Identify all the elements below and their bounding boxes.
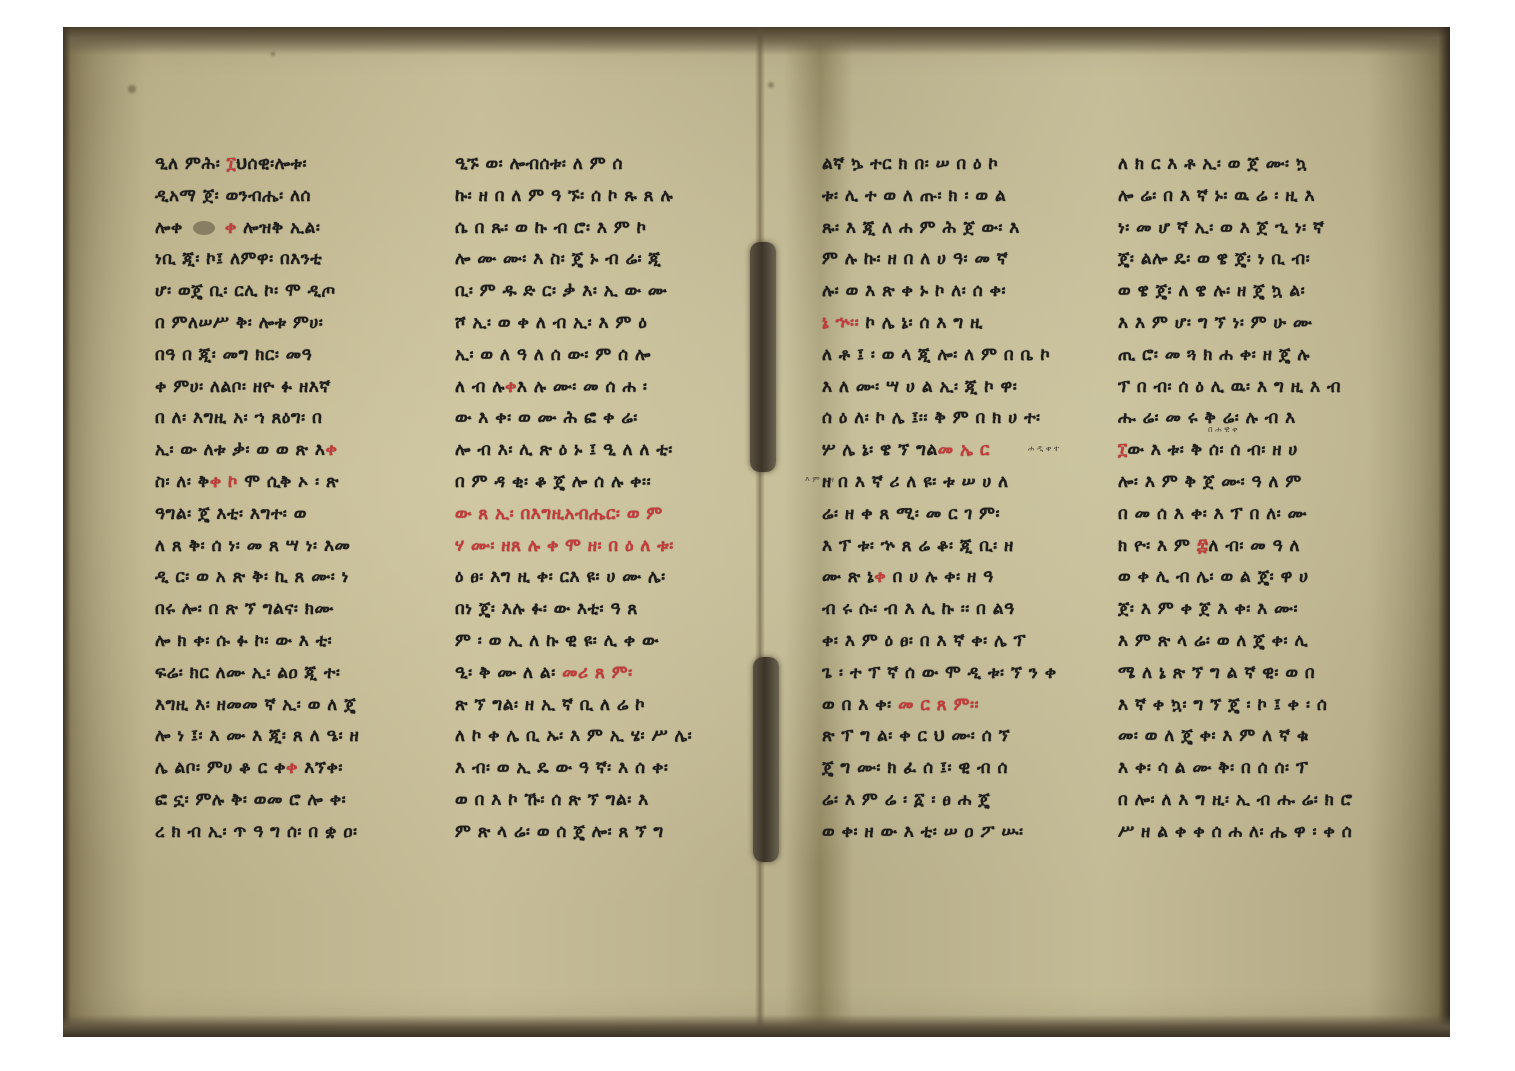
manuscript-line: ሴ በ ጹ፡ ወ ኩ ብ ሮ፡ እ ም ኮ [455,213,710,245]
line-text: እ ኛ ቀ ኳ፡ ግ ኘ ጄ ፡ ኮ ፤ ቀ ፡ ሰ [1118,695,1327,715]
line-text: ጹ፡ እ ጂ ለ ሐ ም ሕ ጀ ው፡ እ [822,218,1020,238]
manuscript-line: ፕ በ ብ፡ ሰ ዕ ሊ ዉ፡ እ ግ ዚ እ ብ [1118,372,1373,404]
line-text: እ ቀ፡ ሳ ል ሙ ቅ፡ በ ሰ ሰ፡ ፕ [1118,758,1308,778]
manuscript-line: ሾ ኢ፡ ወ ቀ ለ ብ ኢ፡ እ ም ዕ [455,308,710,340]
line-text: በ ም ዳ ቂ፡ ቆ ጄ ሎ ሰ ሉ ቀ፡፡ [455,472,651,492]
manuscript-line: ነ፡ መ ሆ ኛ ኢ፡ ወ እ ጀ ኂ ነ፡ ኛ [1118,213,1373,245]
manuscript-line: ጽ ኘ ግል፡ ዘ ኢ ኛ ቢ ለ ሬ ኮ [455,690,710,722]
line-text: ሎ ሬ፡ በ እ ኛ ኑ፡ ዉ ሬ ፡ ዚ እ [1118,186,1315,206]
manuscript-line: ነቢ ጂ፡ ኮ፤ ለምዋ፡ በእንቲ [155,244,410,276]
margin-note-left: እ ም ሰ ዘ [805,475,834,485]
manuscript-line: ረ ክ ብ ኢ፡ ጥ ዓ ግ ሰ፡ በ ቋ ዐ፡ [155,817,410,849]
manuscript-line: በሩ ሎ፡ በ ጽ ኘ ግልና፡ ክሙ [155,594,410,626]
line-text: ወ በ እ ቀ፡ [822,695,898,715]
line-text: ቀ፡ እ ም ዕ ፀ፡ በ እ ኛ ቀ፡ ሌ ፕ [822,631,1026,651]
manuscript-line: ጀ፡ እ ም ቀ ጀ እ ቀ፡ እ ሙ፡ [1118,594,1373,626]
manuscript-line: ፍሬ፡ ክር ለሙ ኢ፡ ልዐ ጂ ተ፡ [155,658,410,690]
line-text: ልኛ ኴ ተር ክ በ፡ ሠ በ ዕ ኮ [822,154,998,174]
line-text: ሥ ዘ ል ቀ ቀ ሰ ሐ ለ፡ ሔ ዋ ፡ ቀ ሰ [1118,822,1352,842]
margin-note-right: ሐ ዲ ቀ ተ [1028,444,1059,454]
line-text: ሑ ሬ፡ መ ሩ ቅ ሬ፡ ሉ ብ እ [1118,408,1296,428]
manuscript-line: ሎቀቀ ሎዝቅ ኢል፡ [155,213,410,245]
text-column-2: ዒኙ ወ፡ ሎብሰቱ፡ ለ ም ሰኩ፡ ዘ በ ለ ም ዓ ኙ፡ ሰ ኮ ጹ ጸ… [455,149,710,849]
manuscript-line: ፎ ኗ፡ ምሉ ቅ፡ ወመ ሮ ሎ ቀ፡ [155,785,410,817]
manuscript-line: ልኛ ኴ ተር ክ በ፡ ሠ በ ዕ ኮ [822,149,1077,181]
manuscript-line: ሜ ለ ኔ ጽ ኘ ግ ል ኛ ዊ፡ ወ በ [1118,658,1373,690]
manuscript-line: በ መ ሰ እ ቀ፡ እ ፕ በ ለ፡ ሙ [1118,499,1373,531]
manuscript-line: ሥ ዘ ል ቀ ቀ ሰ ሐ ለ፡ ሔ ዋ ፡ ቀ ሰ [1118,817,1373,849]
interlinear-note: በ ሐ ዊ ቀ [1208,425,1238,435]
manuscript-line: ቱ፡ ሊ ተ ወ ለ ጡ፡ ክ ፡ ወ ል [822,181,1077,213]
line-text: ፕ በ ብ፡ ሰ ዕ ሊ ዉ፡ እ ግ ዚ እ ብ [1118,377,1341,397]
line-text: ሰ ዕ ለ፡ ኮ ሌ ፤፡፡ ቅ ም በ ክ ሀ ተ፡ [822,408,1041,428]
rubric-text: ቀ ኮ [210,472,238,492]
manuscript-line: ወ ቀ ሊ ብ ሌ፡ ወ ል ጄ፡ ዋ ሀ [1118,562,1373,594]
line-text: ሎቀ [155,218,183,238]
line-text: ሎ ብ እ፡ ሊ ጽ ዕ ኑ ፤ ዒ ለ ለ ቲ፡ [455,440,673,460]
manuscript-line: እ ኛ ቀ ኳ፡ ግ ኘ ጄ ፡ ኮ ፤ ቀ ፡ ሰ [1118,690,1373,722]
line-text: ኩ፡ ዘ በ ለ ም ዓ ኙ፡ ሰ ኮ ጹ ጸ ሉ [455,186,673,206]
text-column-3: ልኛ ኴ ተር ክ በ፡ ሠ በ ዕ ኮቱ፡ ሊ ተ ወ ለ ጡ፡ ክ ፡ ወ … [822,149,1077,849]
manuscript-line: ወ ቀ፡ ዘ ው እ ቲ፡ ሠ ዐ ፖ ሡ፡ [822,817,1077,849]
manuscript-line: ሎ ሬ፡ በ እ ኛ ኑ፡ ዉ ሬ ፡ ዚ እ [1118,181,1373,213]
manuscript-line: ሎ ነ ፤፡ እ ሙ እ ጂ፡ ጸ ለ ዔ፡ ዘ [155,721,410,753]
line-text: ለ ብ፡ መ ዓ ለ [1209,536,1301,556]
line-text: ጽ ፕ ግ ል፡ ቀ ር ህ ሙ፡ ሰ ኘ [822,726,1010,746]
rubric-text: ቀ [225,218,237,238]
line-text: ወ ዌ ጄ፡ ለ ዌ ሉ፡ ዘ ጄ ኳ ል፡ [1118,281,1305,301]
manuscript-line: ጽ ፕ ግ ል፡ ቀ ር ህ ሙ፡ ሰ ኘ [822,721,1077,753]
line-text: ዒ፡ ቅ ሙ ለ ል፡ [455,663,562,683]
manuscript-line: ኔ ኍ፡፡ ኮ ሌ ኔ፡ ሰ እ ግ ዚ [822,308,1077,340]
line-text: ዓግል፡ ጄ እቲ፡ እግተ፡ ወ [155,504,307,524]
text-column-4: ለ ክ ር እ ቶ ኢ፡ ወ ጀ ሙ፡ ኳሎ ሬ፡ በ እ ኛ ኑ፡ ዉ ሬ ፡… [1118,149,1373,849]
ink-blot [193,221,215,235]
rubric-text: ፰ [1197,536,1209,556]
line-text: ም ጽ ላ ሬ፡ ወ ሰ ጄ ሎ፡ ጸ ኘ ግ [455,822,664,842]
line-text: ም ፡ ወ ኢ ለ ኩ ዊ ዩ፡ ሊ ቀ ው [455,631,659,651]
line-text: ለ ጸ ቅ፡ ሰ ነ፡ መ ጸ ሣ ነ፡ እመ [155,536,350,556]
rubric-text: ቀ [325,440,337,460]
line-text: ሞ ሲቅ ኦ ፡ ጽ [238,472,339,492]
line-text: ኮ ሌ ኔ፡ ሰ እ ግ ዚ [859,313,983,333]
line-text: ሾ ኢ፡ ወ ቀ ለ ብ ኢ፡ እ ም ዕ [455,313,647,333]
manuscript-line: ዲ ር፡ ወ አ ጽ ቅ፡ ኪ ጸ ሙ፡ ነ [155,562,410,594]
line-text: ቀ ምሀ፡ ለልቦ፡ ዘዮ ፉ ዘእኛ [155,377,331,397]
line-text: ወ ቀ ሊ ብ ሌ፡ ወ ል ጄ፡ ዋ ሀ [1118,567,1309,587]
manuscript-line: ወ በ እ ቀ፡ መ ር ጸ ም፡፡ [822,690,1077,722]
manuscript-line: ጹ፡ እ ጂ ለ ሐ ም ሕ ጀ ው፡ እ [822,213,1077,245]
manuscript-line: ስ፡ ለ፡ ቅቀ ኮ ሞ ሲቅ ኦ ፡ ጽ [155,467,410,499]
line-text: በሩ ሎ፡ በ ጽ ኘ ግልና፡ ክሙ [155,599,334,619]
line-text: ሎ ነ ፤፡ እ ሙ እ ጂ፡ ጸ ለ ዔ፡ ዘ [155,726,359,746]
manuscript-line: በነ ጄ፡ እሉ ፉ፡ ው እቲ፡ ዓ ጸ [455,594,710,626]
line-text: እግዚ እ፡ ዘመመ ኛ ኢ፡ ወ ለ ጄ [155,695,356,715]
line-text: ጄ ግ ሙ፡ ክ ፈ ሰ ፤፡ ዊ ብ ሰ [822,758,1008,778]
manuscript-line: እግዚ እ፡ ዘመመ ኛ ኢ፡ ወ ለ ጄ [155,690,410,722]
manuscript-line: በ ለ፡ እግዚ አ፡ ኀ ጸዕግ፡ በ [155,403,410,435]
line-text: ዒለ ምሕ፡ [155,154,227,174]
line-text: ሎዝቅ ኢል፡ [237,218,321,238]
line-text: ም ሉ ኩ፡ ዘ በ ለ ሀ ዓ፡ መ ኛ [822,249,1008,269]
rubric-text: ው ጸ ኢ፡ በእግዚአብሔር፡ ወ ም [455,504,663,524]
manuscript-line: በ ም ዳ ቂ፡ ቆ ጄ ሎ ሰ ሉ ቀ፡፡ [455,467,710,499]
manuscript-line: ሎ፡ እ ም ቅ ጀ ሙ፡ ዓ ለ ም [1118,467,1373,499]
line-text: ጀ፡ እ ም ቀ ጀ እ ቀ፡ እ ሙ፡ [1118,599,1298,619]
line-text: እ ብ፡ ወ ኢ ዴ ው ዓ ኛ፡ እ ሰ ቀ፡ [455,758,668,778]
rubric-text: ሃ ሙ፡ ዘጸ ሉ ቀ ሞ ዘ፡ በ ዕ ለ ቱ፡ [455,536,674,556]
line-text: ሎ፡ እ ም ቅ ጀ ሙ፡ ዓ ለ ም [1118,472,1302,492]
manuscript-line: እ እ ም ሆ፡ ግ ኘ ነ፡ ም ሁ ሙ [1118,308,1373,340]
line-text: እ ም ጽ ላ ሬ፡ ወ ለ ጄ ቀ፡ ሊ [1118,631,1308,651]
line-text: ሎ ክ ቀ፡ ሱ ፉ ኮ፡ ው እ ቲ፡ [155,631,332,651]
manuscript-line: ው እ ቀ፡ ወ ሙ ሕ ፎ ቀ ሬ፡ [455,403,710,435]
line-text: ቢ፡ ም ዱ ድ ር፡ ቃ እ፡ ኢ ው ሙ [455,281,667,301]
line-text: በ ሀ ሉ ቀ፡ ዘ ዓ [886,567,994,587]
rubric-text: ፲ [227,154,237,174]
line-text: ስ፡ ለ፡ ቅ [155,472,210,492]
line-text: ብ ሩ ሱ፡ ብ እ ሊ ኩ ፡፡ በ ልዓ [822,599,1015,619]
manuscript-line: ለ ብ ሉቀእ ሉ ሙ፡ መ ሰ ሐ ፡ [455,372,710,404]
manuscript-line: ሬ፡ ዘ ቀ ጸ ሚ፡ መ ር ገ ም፡ [822,499,1077,531]
line-text: ፍሬ፡ ክር ለሙ ኢ፡ ልዐ ጂ ተ፡ [155,663,340,683]
manuscript-line: ኢ፡ ወ ለ ዓ ለ ሰ ው፡ ም ሰ ሎ [455,340,710,372]
manuscript-line: ጢ ሮ፡ መ ጓ ክ ሐ ቀ፡ ዘ ጄ ሉ [1118,340,1373,372]
line-text: ጄ፡ ልሎ ዴ፡ ወ ዌ ጄ፡ ነ ቢ ብ፡ [1118,249,1310,269]
line-text: ክ ዮ፡ እ ም [1118,536,1197,556]
manuscript-line: ለ ቶ ፤ ፡ ወ ላ ጂ ሎ፡ ለ ም በ ቤ ኮ [822,340,1077,372]
line-text: ሆ፡ ወጄ ቢ፡ ርሊ ኮ፡ ሞ ዲጦ [155,281,336,301]
line-text: ሙ ጽ ኔ [822,567,874,587]
line-text: ው እ ቀ፡ ወ ሙ ሕ ፎ ቀ ሬ፡ [455,408,638,428]
manuscript-line: ሰ ዕ ለ፡ ኮ ሌ ፤፡፡ ቅ ም በ ክ ሀ ተ፡ [822,403,1077,435]
manuscript-line: ዓግል፡ ጄ እቲ፡ እግተ፡ ወ [155,499,410,531]
manuscript-line: ሉ፡ ወ እ ጽ ቀ ኑ ኮ ለ፡ ሰ ቀ፡ [822,276,1077,308]
manuscript-line: እ ቀ፡ ሳ ል ሙ ቅ፡ በ ሰ ሰ፡ ፕ [1118,753,1373,785]
binding-stitch-bottom [753,657,779,862]
stain-spot [271,52,275,56]
manuscript-line: ለ ጸ ቅ፡ ሰ ነ፡ መ ጸ ሣ ነ፡ እመ [155,531,410,563]
line-text: እ ለ ሙ፡ ሣ ሀ ል ኢ፡ ጂ ኮ ዋ፡ [822,377,1017,397]
manuscript-line: መ፡ ወ ለ ጄ ቀ፡ እ ም ለ ኛ ቁ [1118,721,1373,753]
line-text: ህሰዊ፡ሎቱ፡ [236,154,307,174]
manuscript-line: ወ ዌ ጄ፡ ለ ዌ ሉ፡ ዘ ጄ ኳ ል፡ [1118,276,1373,308]
line-text: ለ ቶ ፤ ፡ ወ ላ ጂ ሎ፡ ለ ም በ ቤ ኮ [822,345,1050,365]
manuscript-line: ሃ ሙ፡ ዘጸ ሉ ቀ ሞ ዘ፡ በ ዕ ለ ቱ፡ [455,531,710,563]
manuscript-line: ለ ኮ ቀ ሌ ቢ ኡ፡ እ ም ኢ ሄ፡ ሥ ሌ፡ [455,721,710,753]
line-text: ዕ ፀ፡ እግ ዚ ቀ፡ ርእ ዩ፡ ሀ ሙ ሌ፡ [455,567,666,587]
line-text: ኢ፡ ወ ለ ዓ ለ ሰ ው፡ ም ሰ ሎ [455,345,651,365]
line-text: ፎ ኗ፡ ምሉ ቅ፡ ወመ ሮ ሎ ቀ፡ [155,790,346,810]
manuscript-line: እ ፕ ቱ፡ ኍ ጸ ሬ ቆ፡ ጂ ቢ፡ ዘ [822,531,1077,563]
right-edge-shadow [1438,27,1450,1037]
manuscript-line: ሬ፡ እ ም ሬ ፡ ፩ ፡ ፀ ሐ ጄ [822,785,1077,817]
stain-spot [128,85,136,93]
manuscript-line: ዲአማ ጀ፡ ወንብሔ፡ ለሰ [155,181,410,213]
manuscript-line: በ ሎ፡ ለ እ ግ ዚ፡ ኢ ብ ሑ ሬ፡ ክ ሮ [1118,785,1373,817]
manuscript-line: ኩ፡ ዘ በ ለ ም ዓ ኙ፡ ሰ ኮ ጹ ጸ ሉ [455,181,710,213]
rubric-text: ቀ [286,758,298,778]
manuscript-line: ለ ክ ር እ ቶ ኢ፡ ወ ጀ ሙ፡ ኳ [1118,149,1373,181]
line-text: ሉ፡ ወ እ ጽ ቀ ኑ ኮ ለ፡ ሰ ቀ፡ [822,281,1006,301]
rubric-text: መሪ ጸ ም፡ [562,663,633,683]
line-text: ነቢ ጂ፡ ኮ፤ ለምዋ፡ በእንቲ [155,249,322,269]
manuscript-line: ው ጸ ኢ፡ በእግዚአብሔር፡ ወ ም [455,499,710,531]
manuscript-line: ዒኙ ወ፡ ሎብሰቱ፡ ለ ም ሰ [455,149,710,181]
line-text: ሌ ልቦ፡ ምሀ ቆ ር ቀ [155,758,286,778]
manuscript-line: ቢ፡ ም ዱ ድ ር፡ ቃ እ፡ ኢ ው ሙ [455,276,710,308]
manuscript-line: ሎ ሙ ሙ፡ እ ስ፡ ጄ ኑ ብ ሬ፡ ጂ [455,244,710,276]
manuscript-line: ጌ ፡ ተ ፕ ኛ ሰ ው ሞ ዲ ቱ፡ ኘ ን ቀ [822,658,1077,690]
line-text: በ ሎ፡ ለ እ ግ ዚ፡ ኢ ብ ሑ ሬ፡ ክ ሮ [1118,790,1353,810]
line-text: ሬ፡ እ ም ሬ ፡ ፩ ፡ ፀ ሐ ጄ [822,790,990,810]
book-spine-gutter [755,27,765,1037]
line-text: ረ ክ ብ ኢ፡ ጥ ዓ ግ ሰ፡ በ ቋ ዐ፡ [155,822,358,842]
manuscript-line: እ ም ጽ ላ ሬ፡ ወ ለ ጄ ቀ፡ ሊ [1118,626,1373,658]
line-text: ው እ ቱ፡ ቅ ሰ፡ ሰ ብ፡ ዘ ሀ [1128,440,1298,460]
manuscript-line: ብ ሩ ሱ፡ ብ እ ሊ ኩ ፡፡ በ ልዓ [822,594,1077,626]
manuscript-line: ዒ፡ ቅ ሙ ለ ል፡ መሪ ጸ ም፡ [455,658,710,690]
manuscript-line: ሑ ሬ፡ መ ሩ ቅ ሬ፡ ሉ ብ እ [1118,403,1373,435]
manuscript-line: ሙ ጽ ኔቀ በ ሀ ሉ ቀ፡ ዘ ዓ [822,562,1077,594]
line-text: ዲ ር፡ ወ አ ጽ ቅ፡ ኪ ጸ ሙ፡ ነ [155,567,349,587]
manuscript-line: ሎ ክ ቀ፡ ሱ ፉ ኮ፡ ው እ ቲ፡ [155,626,410,658]
line-text: ሬ፡ ዘ ቀ ጸ ሚ፡ መ ር ገ ም፡ [822,504,1000,524]
line-text: ጢ ሮ፡ መ ጓ ክ ሐ ቀ፡ ዘ ጄ ሉ [1118,345,1310,365]
manuscript-line: እ ለ ሙ፡ ሣ ሀ ል ኢ፡ ጂ ኮ ዋ፡ [822,372,1077,404]
line-text: በ መ ሰ እ ቀ፡ እ ፕ በ ለ፡ ሙ [1118,504,1307,524]
binding-stitch-top [750,242,776,472]
manuscript-line: ወ በ እ ኮ ኹ፡ ሰ ጽ ኘ ግል፡ እ [455,785,710,817]
line-text: እኘቀ፡ [298,758,343,778]
manuscript-line: ዕ ፀ፡ እግ ዚ ቀ፡ ርእ ዩ፡ ሀ ሙ ሌ፡ [455,562,710,594]
manuscript-line: ፲ው እ ቱ፡ ቅ ሰ፡ ሰ ብ፡ ዘ ሀ [1118,435,1373,467]
line-text: እ ፕ ቱ፡ ኍ ጸ ሬ ቆ፡ ጂ ቢ፡ ዘ [822,536,1014,556]
line-text: ሎ ሙ ሙ፡ እ ስ፡ ጄ ኑ ብ ሬ፡ ጂ [455,249,661,269]
manuscript-line: ዘ በ እ ኛ ሪ ለ ዩ፡ ቱ ሠ ሀ ለ [822,467,1077,499]
line-text: ሦ ሌ ኔ፡ ዌ ኘ ግል [822,440,938,460]
line-text: እ ሉ ሙ፡ መ ሰ ሐ ፡ [517,377,648,397]
line-text: ዲአማ ጀ፡ ወንብሔ፡ ለሰ [155,186,311,206]
rubric-text: ፲ [1118,440,1128,460]
manuscript-line: ሌ ልቦ፡ ምሀ ቆ ር ቀቀ እኘቀ፡ [155,753,410,785]
rubric-text: ቀ [505,377,517,397]
rubric-text: ቀ [874,567,886,587]
line-text: መ፡ ወ ለ ጄ ቀ፡ እ ም ለ ኛ ቁ [1118,726,1309,746]
line-text: ዘ በ እ ኛ ሪ ለ ዩ፡ ቱ ሠ ሀ ለ [822,472,1009,492]
manuscript-line: ዒለ ምሕ፡ ፲ህሰዊ፡ሎቱ፡ [155,149,410,181]
manuscript-line: ጄ፡ ልሎ ዴ፡ ወ ዌ ጄ፡ ነ ቢ ብ፡ [1118,244,1373,276]
line-text: በ ምለሠሥ ቅ፡ ሎቱ ምሀ፡ [155,313,323,333]
manuscript-line: ሆ፡ ወጄ ቢ፡ ርሊ ኮ፡ ሞ ዲጦ [155,276,410,308]
rubric-text: መ ር ጸ ም፡፡ [898,695,979,715]
line-text: ጽ ኘ ግል፡ ዘ ኢ ኛ ቢ ለ ሬ ኮ [455,695,645,715]
manuscript-line: ጄ ግ ሙ፡ ክ ፈ ሰ ፤፡ ዊ ብ ሰ [822,753,1077,785]
line-text: ኢ፡ ው ለቱ ቃ፡ ወ ወ ጽ እ [155,440,325,460]
line-text: ዒኙ ወ፡ ሎብሰቱ፡ ለ ም ሰ [455,154,623,174]
line-text: ነ፡ መ ሆ ኛ ኢ፡ ወ እ ጀ ኂ ነ፡ ኛ [1118,218,1324,238]
line-text: እ እ ም ሆ፡ ግ ኘ ነ፡ ም ሁ ሙ [1118,313,1312,333]
manuscript-line: ም ሉ ኩ፡ ዘ በ ለ ሀ ዓ፡ መ ኛ [822,244,1077,276]
manuscript-line: በዓ በ ጂ፡ መግ ክር፡ መዓ [155,340,410,372]
line-text: ሜ ለ ኔ ጽ ኘ ግ ል ኛ ዊ፡ ወ በ [1118,663,1315,683]
line-text: ወ በ እ ኮ ኹ፡ ሰ ጽ ኘ ግል፡ እ [455,790,649,810]
manuscript-line: ክ ዮ፡ እ ም ፰ለ ብ፡ መ ዓ ለ [1118,531,1373,563]
manuscript-scan: ዒለ ምሕ፡ ፲ህሰዊ፡ሎቱ፡ዲአማ ጀ፡ ወንብሔ፡ ለሰሎቀቀ ሎዝቅ ኢል… [63,27,1450,1037]
stain-spot [768,82,774,88]
line-text: ጌ ፡ ተ ፕ ኛ ሰ ው ሞ ዲ ቱ፡ ኘ ን ቀ [822,663,1057,683]
text-column-1: ዒለ ምሕ፡ ፲ህሰዊ፡ሎቱ፡ዲአማ ጀ፡ ወንብሔ፡ ለሰሎቀቀ ሎዝቅ ኢል… [155,149,410,849]
rubric-text: መ ኤ ር [938,440,990,460]
rubric-text: ኔ ኍ፡፡ [822,313,859,333]
manuscript-line: ቀ፡ እ ም ዕ ፀ፡ በ እ ኛ ቀ፡ ሌ ፕ [822,626,1077,658]
line-text: ቱ፡ ሊ ተ ወ ለ ጡ፡ ክ ፡ ወ ል [822,186,1006,206]
line-text: ለ ኮ ቀ ሌ ቢ ኡ፡ እ ም ኢ ሄ፡ ሥ ሌ፡ [455,726,692,746]
manuscript-line: ሎ ብ እ፡ ሊ ጽ ዕ ኑ ፤ ዒ ለ ለ ቲ፡ [455,435,710,467]
line-text: በነ ጄ፡ እሉ ፉ፡ ው እቲ፡ ዓ ጸ [455,599,638,619]
manuscript-line: ም ጽ ላ ሬ፡ ወ ሰ ጄ ሎ፡ ጸ ኘ ግ [455,817,710,849]
manuscript-line: በ ምለሠሥ ቅ፡ ሎቱ ምሀ፡ [155,308,410,340]
line-text: ሴ በ ጹ፡ ወ ኩ ብ ሮ፡ እ ም ኮ [455,218,647,238]
left-edge-shadow [63,27,71,1037]
manuscript-line: ቀ ምሀ፡ ለልቦ፡ ዘዮ ፉ ዘእኛ [155,372,410,404]
manuscript-line: እ ብ፡ ወ ኢ ዴ ው ዓ ኛ፡ እ ሰ ቀ፡ [455,753,710,785]
manuscript-line: ኢ፡ ው ለቱ ቃ፡ ወ ወ ጽ እቀ [155,435,410,467]
manuscript-line: ም ፡ ወ ኢ ለ ኩ ዊ ዩ፡ ሊ ቀ ው [455,626,710,658]
line-text: ወ ቀ፡ ዘ ው እ ቲ፡ ሠ ዐ ፖ ሡ፡ [822,822,1024,842]
line-text: በዓ በ ጂ፡ መግ ክር፡ መዓ [155,345,312,365]
line-text: በ ለ፡ እግዚ አ፡ ኀ ጸዕግ፡ በ [155,408,322,428]
line-text: ለ ክ ር እ ቶ ኢ፡ ወ ጀ ሙ፡ ኳ [1118,154,1307,174]
line-text: ለ ብ ሉ [455,377,505,397]
